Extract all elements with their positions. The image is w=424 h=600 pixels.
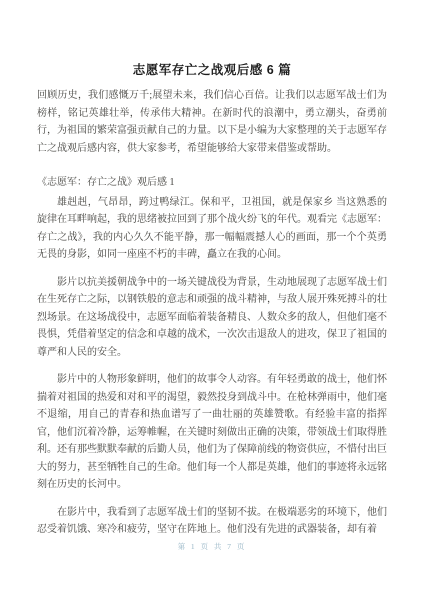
document-page: 志愿军存亡之战观后感 6 篇 回顾历史，我们感慨万千;展望未来，我们信心百倍。让… bbox=[0, 0, 424, 600]
page-number-text: 第 1 页 共 7 页 bbox=[178, 542, 247, 551]
page-footer: 第 1 页 共 7 页 bbox=[0, 541, 424, 552]
body-paragraph-1: 雄赳赳，气昂昂，跨过鸭绿江。保和平，卫祖国，就是保家乡 当这熟悉的旋律在耳畔响起… bbox=[37, 194, 387, 264]
body-paragraph-3: 影片中的人物形象鲜明，他们的故事令人动容。有年轻勇敢的战士，他们怀揣着对祖国的热… bbox=[37, 371, 387, 494]
body-paragraph-4: 在影片中，我看到了志愿军战士们的坚韧不拔。在极端恶劣的环境下，他们忍受着饥饿、寒… bbox=[37, 504, 387, 539]
intro-paragraph: 回顾历史，我们感慨万千;展望未来，我们信心百倍。让我们以志愿军战士们为榜样，铭记… bbox=[37, 87, 387, 157]
body-paragraph-2: 影片以抗美援朝战争中的一场关键战役为背景，生动地展现了志愿军战士们在生死存亡之际… bbox=[37, 274, 387, 362]
document-title: 志愿军存亡之战观后感 6 篇 bbox=[37, 62, 387, 78]
section-heading: 《志愿军：存亡之战》观后感 1 bbox=[37, 174, 387, 192]
